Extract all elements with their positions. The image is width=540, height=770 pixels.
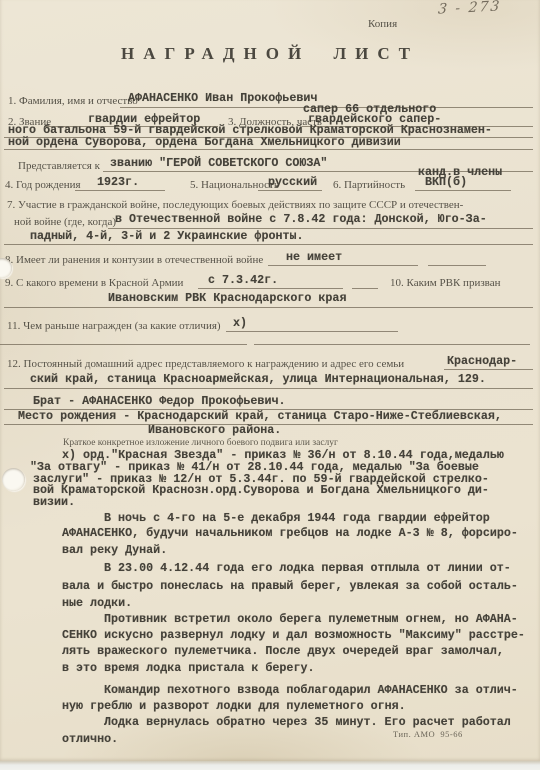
rule-line [226,331,398,332]
document-title: НАГРАДНОЙ ЛИСТ [0,44,540,64]
field-9-value: с 7.3.42г. [208,274,278,287]
rule-line [4,244,533,245]
field-4-value: 1923г. [97,176,139,189]
field-12-value-line2: ский край, станица Красноармейская, улиц… [30,373,486,386]
body-text-line: СЕНКО искусно развернул лодку и дал возм… [62,629,525,642]
body-text-line: Командир пехотного взвода поблагодарил А… [104,684,518,697]
rule-line [444,369,533,370]
body-text-line: В ночь с 4-го на 5-е декабря 1944 года г… [104,512,490,525]
field-8-label: 8. Имеет ли ранения и контузии в отечест… [5,254,263,266]
field-6-value: ВКП(б) [425,176,467,189]
birthplace-line1: Место рождения - Краснодарский край, ста… [18,410,502,423]
field-1-label: 1. Фамилия, имя и отчество [8,95,138,107]
field-11-label: 11. Чем раньше награжден (за какие отлич… [7,320,221,332]
presented-for-value: званию "ГЕРОЙ СОВЕТСКОГО СОЮЗА" [110,157,327,170]
rule-line [415,190,511,191]
body-text-line: ные лодки. [62,597,132,610]
field-10-label: 10. Каким РВК призван [390,277,501,289]
body-text-line: ную греблю и разворот лодки для пулеметн… [62,700,406,713]
body-text-line: лять вражеского пулеметчика. После двух … [62,645,504,658]
field-7-value-line1: в Отечественной войне с 7.8.42 года: Дон… [115,213,487,226]
field-12-value-line1: Краснодар- [447,355,517,368]
field-8-value: не имеет [286,251,342,264]
body-text-line: в это время лодка пристала к берегу. [62,662,315,675]
document-paper: 3 - 273 Копия НАГРАДНОЙ ЛИСТ 1. Фамилия,… [0,0,540,762]
field-3-value-line3: ной ордена Суворова, ордена Богдана Хмел… [8,136,401,149]
archive-number-handwritten: 3 - 273 [437,0,502,18]
body-text-line: Лодка вернулась обратно через 35 минут. … [104,716,511,729]
rule-line [268,265,418,266]
body-text-line: вала и быстро понеслась на правый берег,… [62,580,518,593]
rule-line [198,288,343,289]
field-9-label: 9. С какого времени в Красной Армии [5,277,183,289]
field-10-value: Ивановским РВК Краснодарского края [108,292,346,305]
body-text-line: АФАНАСЕНКО, будучи начальником гребцов н… [62,527,518,540]
field-4-label: 4. Год рождения [5,179,81,191]
rule-line [4,307,533,308]
rule-line [75,190,165,191]
field-7-label-line1: 7. Участие в гражданской войне, последую… [7,199,463,211]
brother-line: Брат - АФАНАСЕНКО Федор Прокофьевич. [33,395,286,408]
scan-background-strip [0,761,540,770]
field-12-label: 12. Постоянный домашний адрес представля… [7,358,404,370]
rule-line [428,265,486,266]
copy-label: Копия [368,18,397,30]
field-1-value: АФАНАСЕНКО Иван Прокофьевич [128,92,317,105]
body-text-line: визии. [33,496,75,509]
field-11-value: х) [233,317,247,330]
rule-line [4,388,533,389]
field-7-value-line2: падный, 4-й, 3-й и 2 Украинские фронты. [30,230,304,243]
rule-line [258,190,322,191]
rule-line [352,288,378,289]
print-code: Тип. АМО 95-66 [393,729,463,739]
body-text-line: вой Краматорской Краснозн.орд.Суворова и… [33,484,489,497]
body-text-line: В 23.00 4.12.44 года его лодка первая от… [104,562,511,575]
body-text-line: Противник встретил около берега пулеметн… [104,613,518,626]
field-7-label-line2: ной войне (где, когда) [14,216,116,228]
rule-line [254,344,530,345]
rule-line [4,149,533,150]
hole-punch [2,468,25,491]
field-5-value: русский [268,176,317,189]
birthplace-line2: Ивановского района. [148,424,281,437]
body-text-line: вал реку Дунай. [62,544,167,557]
body-text-line: отлично. [62,733,118,746]
rule-line [0,344,247,345]
presented-for-label: Представляется к [18,160,100,172]
field-6-label: 6. Партийность [333,179,405,191]
